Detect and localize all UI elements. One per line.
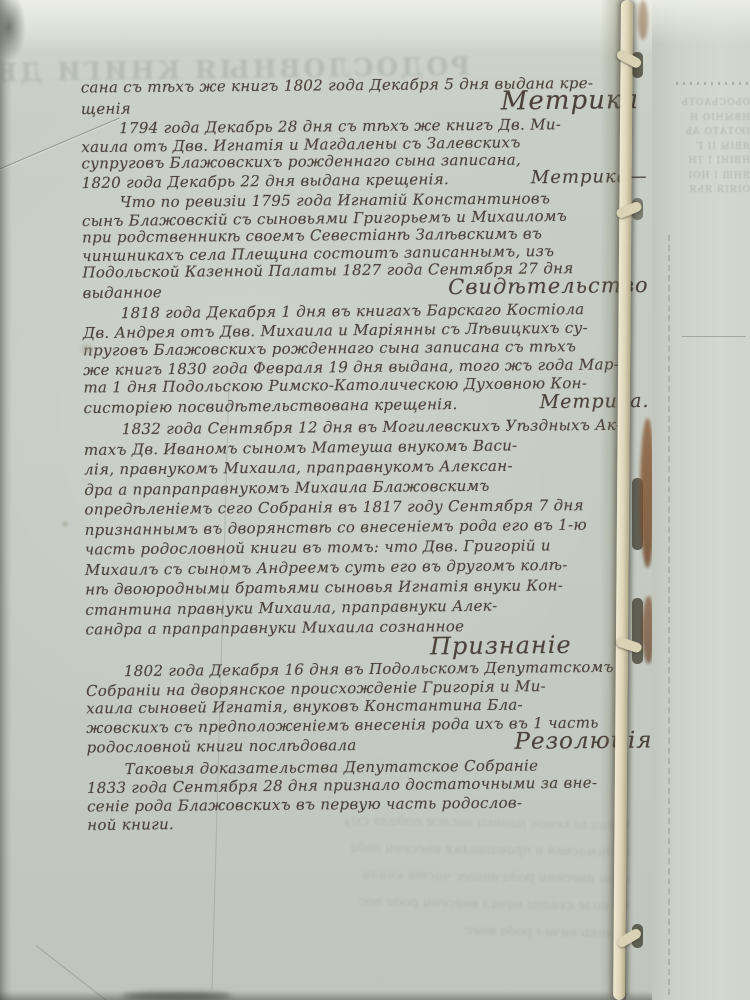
foxing-spot xyxy=(78,342,96,356)
page-corner-shadow xyxy=(0,0,26,62)
page-left-edge-shadow xyxy=(0,0,12,1000)
page-bottom-shadow xyxy=(0,991,652,1000)
manuscript-line: щенія xyxy=(81,100,131,119)
bleed-through-print-line: ОІЯІЯ ЯЬЯ xyxy=(674,183,750,198)
manuscript-paragraph: 1832 года Сентября 12 дня въ Могилевских… xyxy=(84,415,652,660)
bleed-through-print-line: ЯНШ І НОІ xyxy=(674,169,750,184)
manuscript-keyword: Признаніе xyxy=(430,635,572,657)
manuscript-paragraph: 1818 года Декабря 1 дня въ книгахъ Барск… xyxy=(83,300,650,417)
manuscript-paragraph: 1794 года Декабрь 28 дня съ тѣхъ же книг… xyxy=(81,116,648,192)
bleed-through-print-right: ОЬОСЬАОТЬНВЫНІО НІЮТАТО АЬЯВІЫ ІІ ГНВІНІ… xyxy=(674,96,750,198)
bleed-through-print-line: НВІНІ І ТН xyxy=(674,154,750,169)
bleed-through-print-line: ОЬОСЬАОТЬ xyxy=(674,96,750,111)
manuscript-paragraph: Что по ревизіи 1795 года Игнатій Констан… xyxy=(82,190,649,302)
page-top-highlight xyxy=(0,0,652,52)
page-bottom-smudge xyxy=(122,992,232,1000)
stitch-perforation-line xyxy=(668,235,670,995)
manuscript-paragraph: 1802 года Декабря 16 дня въ Подольскомъ … xyxy=(86,658,653,757)
foxing-spot xyxy=(60,520,70,528)
rust-stain xyxy=(638,0,648,40)
bleed-through-print-line: НВЫНІО Н xyxy=(674,111,750,126)
paper-fold-line xyxy=(682,336,746,337)
binding-gutter xyxy=(600,0,658,1000)
bleed-through-tick-marks xyxy=(676,82,748,85)
manuscript-text: сана съ тѣхъ же книгъ 1802 года Декабря … xyxy=(81,74,654,837)
manuscript-line: 1820 года Декабрь 22 дня выдана крещенія… xyxy=(82,171,450,192)
underlying-page: ОЬОСЬАОТЬНВЫНІО НІЮТАТО АЬЯВІЫ ІІ ГНВІНІ… xyxy=(652,0,750,1000)
book-photo: РОДОСЛОВНЫЯ КНИГИ ДВОРЯНСТВА ЖОРНИСТВ са… xyxy=(0,0,750,1000)
manuscript-line: родословной книги послѣдовала xyxy=(86,736,356,757)
underlying-page-top-highlight xyxy=(652,0,750,44)
manuscript-page: РОДОСЛОВНЫЯ КНИГИ ДВОРЯНСТВА ЖОРНИСТВ са… xyxy=(0,0,652,1000)
manuscript-paragraph: сана съ тѣхъ же книгъ 1802 года Декабря … xyxy=(81,74,647,118)
manuscript-line: выданное xyxy=(82,284,162,302)
manuscript-line: систоріею посвидѣтельствована крещенія. xyxy=(83,395,457,418)
bleed-through-print-line: ІЮТАТО АЬ xyxy=(674,125,750,140)
bleed-through-print-line: ЯВІЫ ІІ Г xyxy=(674,140,750,155)
